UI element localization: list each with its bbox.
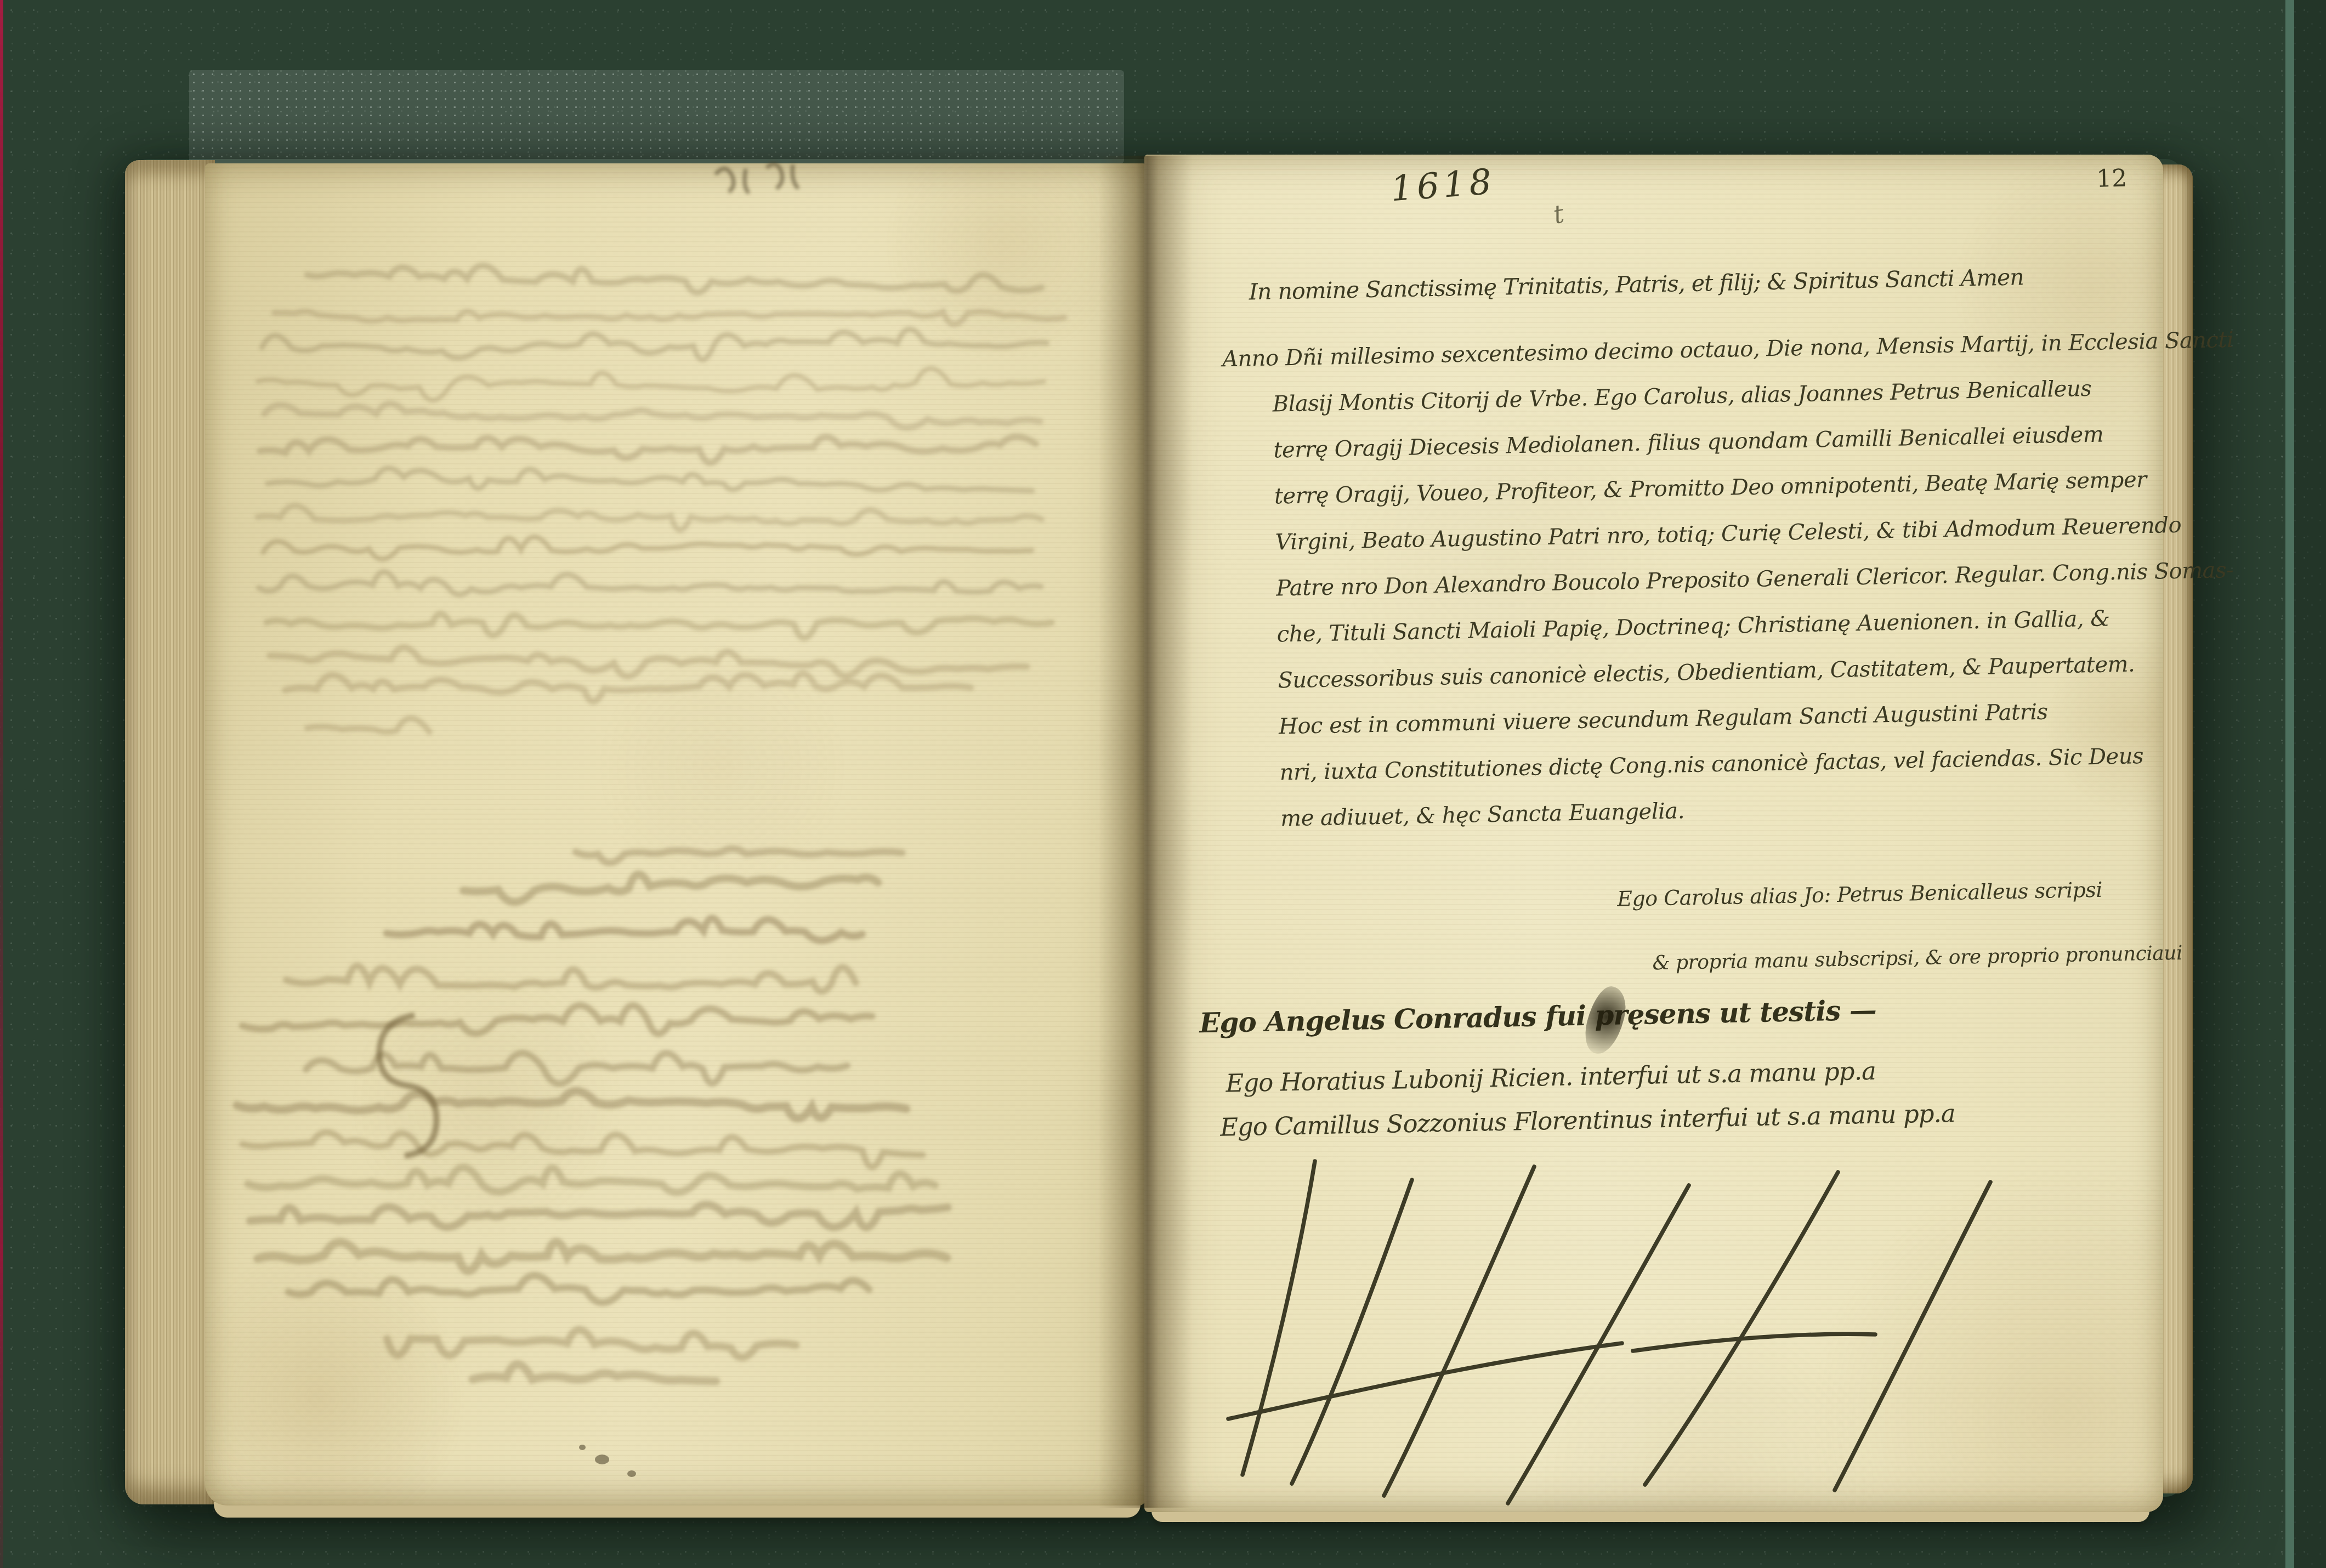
cancellation-strokes: [0, 0, 2326, 1568]
felt-right-edge: [2294, 0, 2326, 1568]
photo-stage: 1618 t 12 In nomine Sanctissimę Trinitat…: [0, 0, 2326, 1568]
teal-edge-line: [2285, 0, 2294, 1568]
